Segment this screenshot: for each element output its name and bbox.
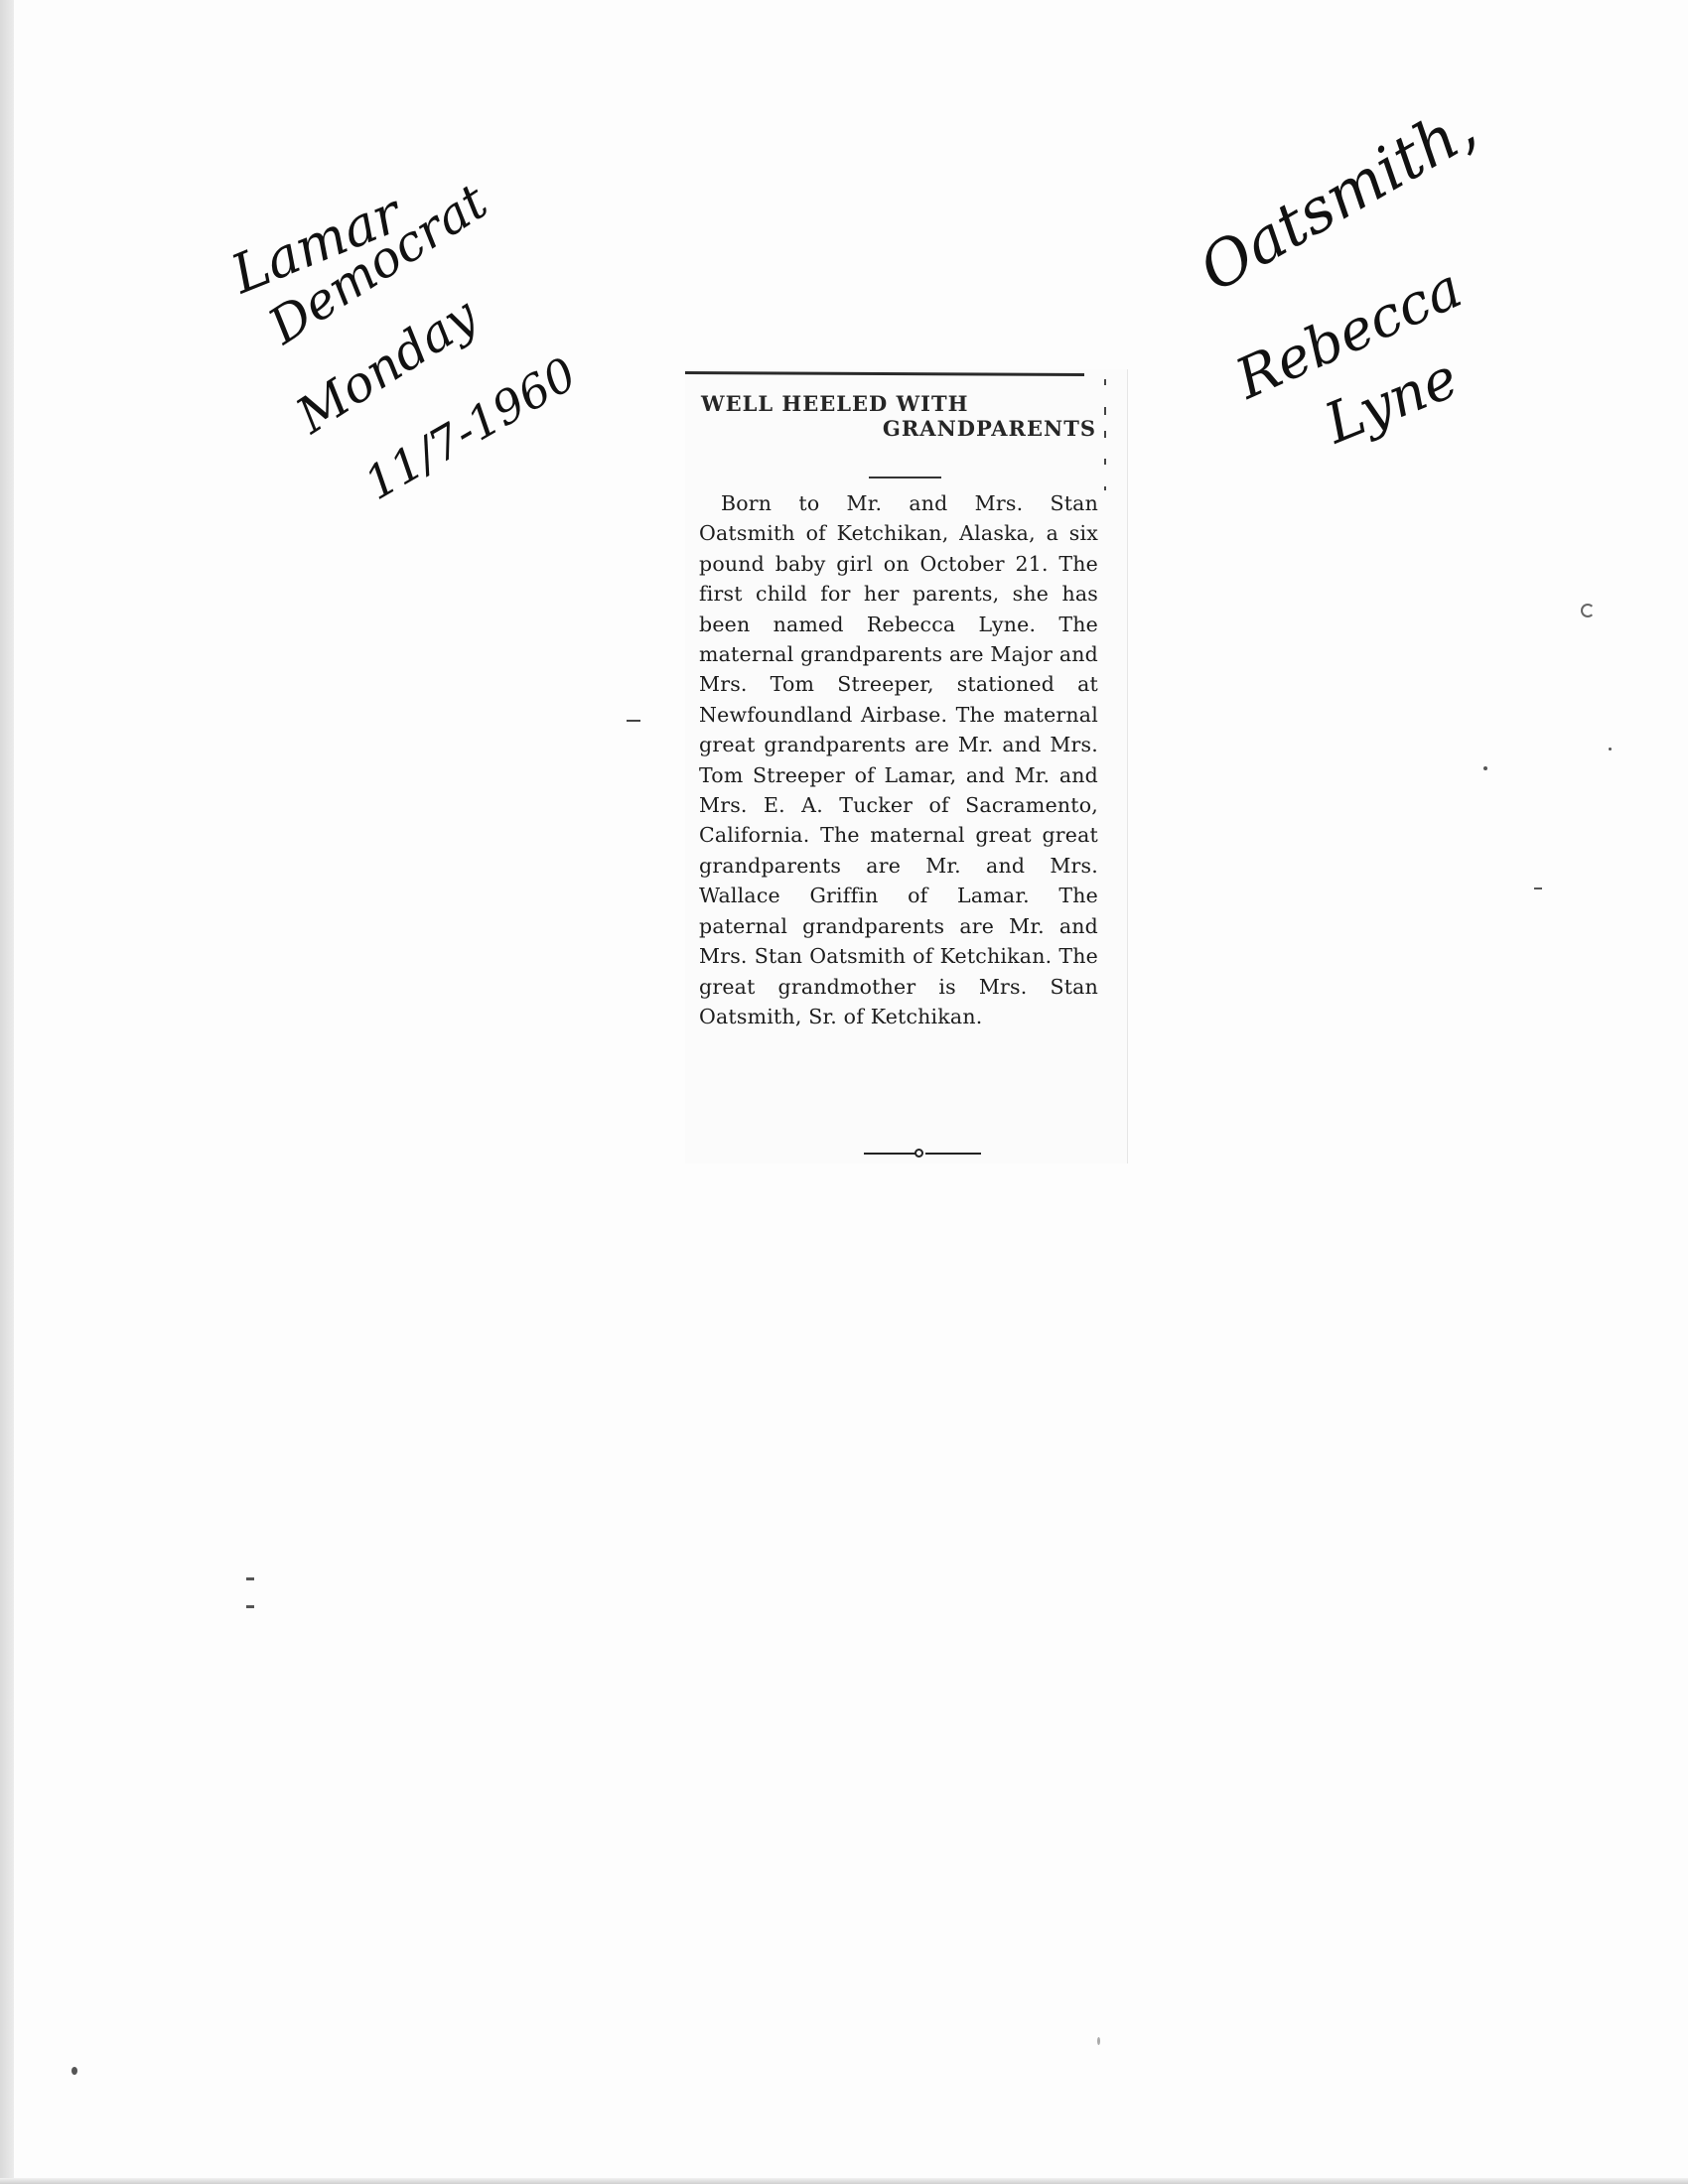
scan-speck	[246, 1577, 254, 1580]
headline: WELL HEELED WITH GRANDPARENTS	[701, 391, 1096, 441]
scan-speck	[627, 720, 640, 722]
adjacent-column-fragments	[1100, 369, 1112, 518]
headline-line1: WELL HEELED WITH	[701, 391, 1096, 416]
scan-speck	[1483, 766, 1487, 770]
scan-speck	[71, 2067, 77, 2075]
article-end-mark	[864, 1149, 981, 1159]
scan-speck	[246, 1605, 254, 1608]
column-top-rule	[685, 371, 1084, 376]
scan-speck	[1609, 748, 1612, 751]
scan-speck	[1581, 604, 1595, 617]
scan-speck	[1534, 887, 1542, 889]
newspaper-clipping: WELL HEELED WITH GRANDPARENTS Born to Mr…	[685, 369, 1128, 1163]
scanner-edge-left	[0, 0, 14, 2184]
article-body: Born to Mr. and Mrs. Stan Oatsmith of Ke…	[699, 488, 1098, 1031]
article-body-text: Born to Mr. and Mrs. Stan Oatsmith of Ke…	[699, 491, 1098, 1028]
scan-speck	[1097, 2037, 1100, 2045]
headline-line2: GRANDPARENTS	[701, 416, 1096, 441]
headline-divider	[869, 477, 941, 478]
scanner-edge-bottom	[0, 2178, 1688, 2184]
